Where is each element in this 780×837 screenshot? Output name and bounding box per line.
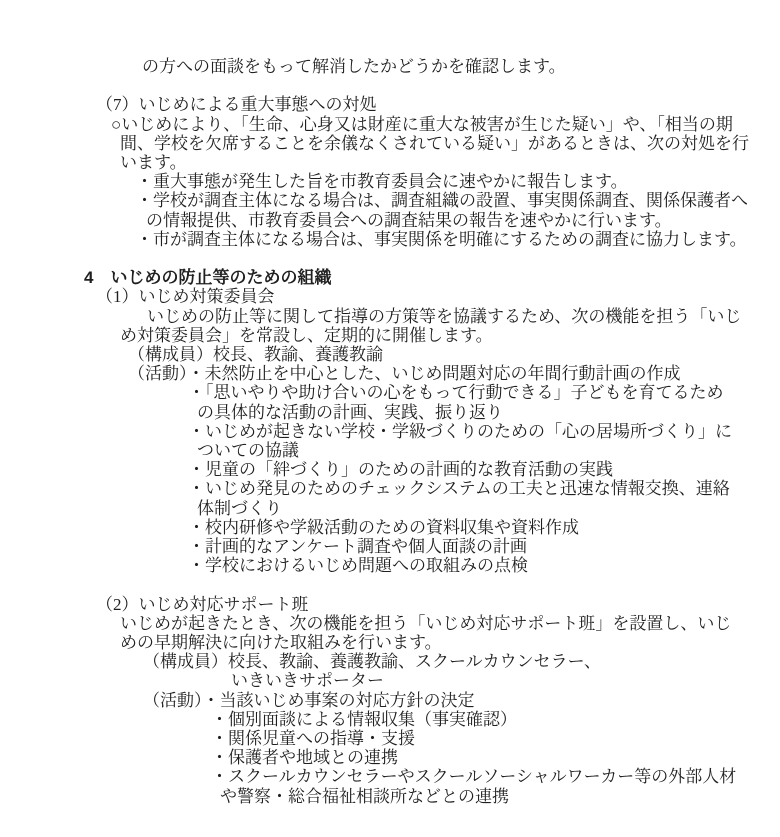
doc-line: いじめが起きたとき、次の機能を担う「いじめ対応サポート班」を設置し、いじ	[120, 614, 780, 633]
heading-sub1: （1）いじめ対策委員会	[96, 287, 780, 306]
doc-line: います。	[120, 153, 780, 172]
doc-line: ・スクールカウンセラーやスクールソーシャルワーカー等の外部人材	[211, 767, 780, 786]
doc-line: ・重大事態が発生した旨を市教育委員会に速やかに報告します。	[136, 172, 780, 191]
heading-item7: （7）いじめによる重大事態への対処	[96, 95, 780, 114]
doc-line: ・「思いやりや助け合いの心をもって行動できる」子どもを育てるため	[188, 383, 780, 402]
heading-sub2: （2）いじめ対応サポート班	[96, 595, 780, 614]
doc-line: （活動）・未然防止を中心とした、いじめ問題対応の年間行動計画の作成	[128, 364, 780, 383]
doc-line: いじめの防止等に関して指導の方策等を協議するため、次の機能を担う「いじ	[147, 307, 780, 326]
doc-line: めの早期解決に向けた取組みを行います。	[120, 633, 780, 652]
doc-line: ・関係児童への指導・支援	[211, 729, 780, 748]
doc-line: ・学校におけるいじめ問題への取組みの点検	[188, 556, 780, 575]
doc-line: （構成員）校長、教諭、養護教諭、スクールカウンセラー、	[143, 652, 780, 671]
blank-line	[0, 76, 780, 95]
doc-line: ・学校が調査主体になる場合は、調査組織の設置、事実関係調査、関係保護者へ	[136, 191, 780, 210]
doc-line: いきいきサポーター	[231, 671, 780, 690]
blank-line	[0, 249, 780, 268]
doc-line: （活動）・当該いじめ事案の対応方針の決定	[143, 691, 780, 710]
doc-line: ・いじめ発見のためのチェックシステムの工夫と迅速な情報交換、連絡	[188, 479, 780, 498]
blank-line	[0, 575, 780, 594]
document-content: の方への面談をもって解消したかどうかを確認します。 （7）いじめによる重大事態へ…	[0, 0, 780, 806]
doc-line: （構成員）校長、教諭、養護教諭	[128, 345, 780, 364]
doc-line: ・個別面談による情報収集（事実確認）	[211, 710, 780, 729]
doc-line: め対策委員会」を常設し、定期的に開催します。	[120, 326, 780, 345]
doc-line: ・児童の「絆づくり」のための計画的な教育活動の実践	[188, 460, 780, 479]
doc-line: ○いじめにより、「生命、心身又は財産に重大な被害が生じた疑い」や、「相当の期	[111, 115, 780, 134]
doc-line: ・いじめが起きない学校・学級づくりのための「心の居場所づくり」に	[188, 422, 780, 441]
doc-line: ・市が調査主体になる場合は、事実関係を明確にするための調査に協力します。	[136, 230, 780, 249]
doc-line: ・計画的なアンケート調査や個人面談の計画	[188, 537, 780, 556]
doc-line: 間、学校を欠席することを余儀なくされている疑い」があるときは、次の対処を行	[120, 134, 780, 153]
doc-line: の情報提供、市教育委員会への調査結果の報告を速やかに行います。	[146, 211, 780, 230]
doc-line: 体制づくり	[197, 499, 780, 518]
doc-line: の具体的な活動の計画、実践、振り返り	[197, 403, 780, 422]
heading-section4: 4 いじめの防止等のための組織	[84, 268, 780, 287]
doc-line-carryover: の方への面談をもって解消したかどうかを確認します。	[142, 57, 780, 76]
document-page: の方への面談をもって解消したかどうかを確認します。 （7）いじめによる重大事態へ…	[0, 0, 780, 837]
doc-line: ・校内研修や学級活動のための資料収集や資料作成	[188, 518, 780, 537]
doc-line: や警察・総合福祉相談所などとの連携	[220, 787, 780, 806]
doc-line: ついての協議	[197, 441, 780, 460]
doc-line: ・保護者や地域との連携	[211, 748, 780, 767]
